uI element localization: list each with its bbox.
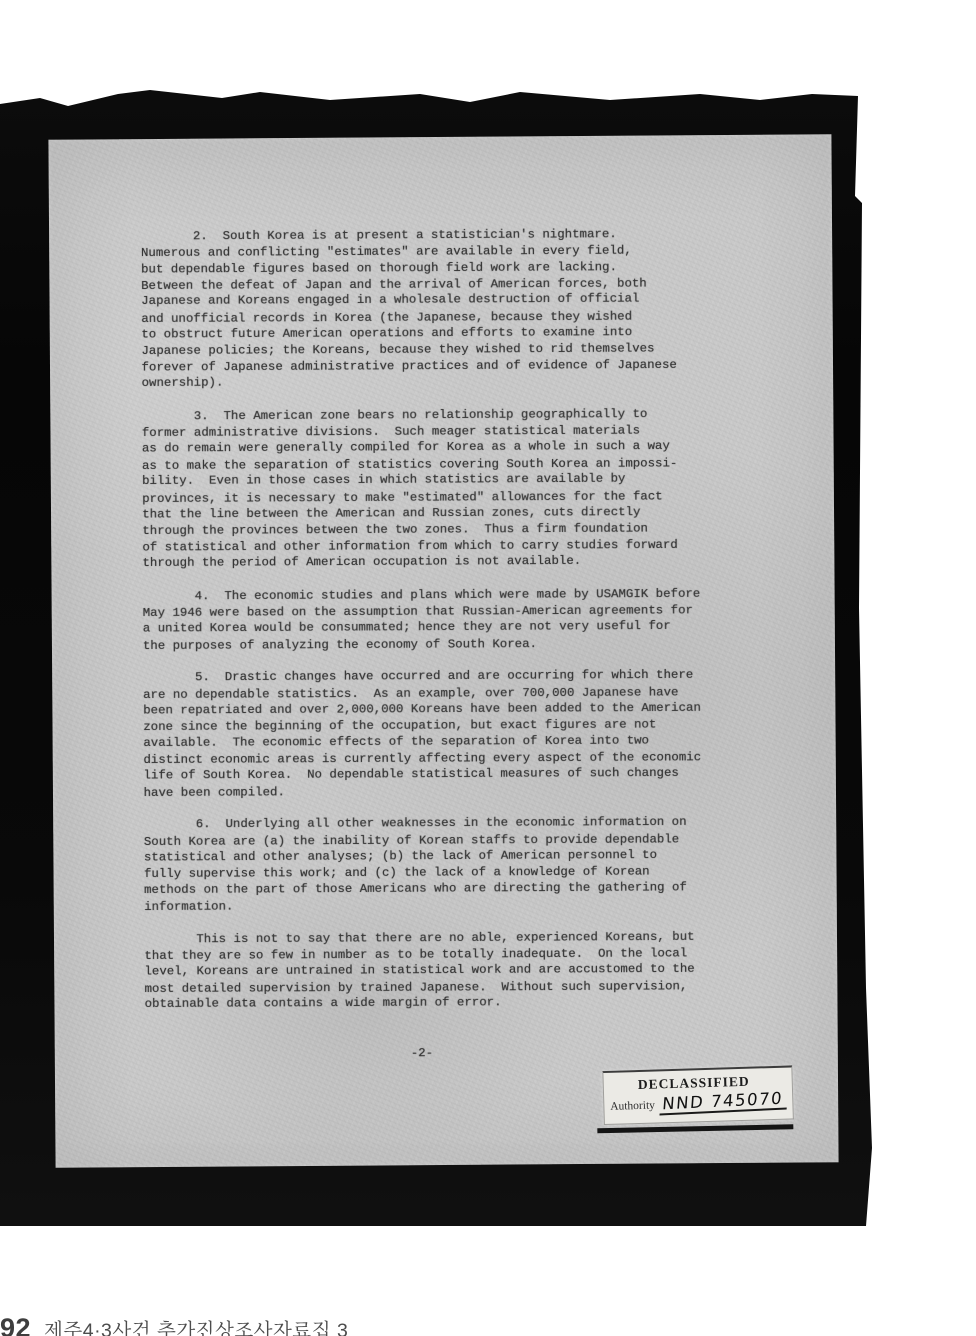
text-line: provinces, it is necessary to make "esti… bbox=[142, 488, 700, 507]
text-line: are no dependable statistics. As an exam… bbox=[143, 684, 701, 703]
paragraph: 6. Underlying all other weaknesses in th… bbox=[144, 814, 702, 915]
text-line: distinct economic areas is currently aff… bbox=[143, 749, 701, 768]
paragraph: This is not to say that there are no abl… bbox=[144, 929, 702, 1013]
scanned-page-view: 2. South Korea is at present a statistic… bbox=[0, 0, 976, 1336]
text-line: obtainable data contains a wide margin o… bbox=[145, 994, 703, 1013]
book-footer: 92 제주4·3사건 추가진상조사자료집 3 bbox=[0, 1315, 348, 1336]
text-line: through the provinces between the two zo… bbox=[142, 520, 700, 539]
document-page: 2. South Korea is at present a statistic… bbox=[48, 134, 838, 1167]
text-line: have been compiled. bbox=[144, 782, 702, 801]
document-body: 2. South Korea is at present a statistic… bbox=[141, 226, 702, 1013]
text-line: May 1946 were based on the assumption th… bbox=[143, 602, 701, 621]
stamp-authority-label: Authority bbox=[610, 1100, 655, 1113]
paragraph: 4. The economic studies and plans which … bbox=[143, 585, 701, 653]
text-line: ownership). bbox=[142, 373, 700, 392]
text-line: Japanese and Koreans engaged in a wholes… bbox=[141, 291, 699, 310]
text-line: available. The economic effects of the s… bbox=[143, 732, 701, 751]
stamp-shadow-line bbox=[597, 1124, 793, 1133]
text-line: through the period of American occupatio… bbox=[142, 552, 700, 571]
declassified-stamp: DECLASSIFIED Authority NND 745070 bbox=[602, 1065, 794, 1125]
text-line: former administrative divisions. Such me… bbox=[142, 422, 700, 441]
stamp-authority-row: Authority NND 745070 bbox=[604, 1089, 793, 1116]
text-line: the purposes of analyzing the economy of… bbox=[143, 635, 701, 654]
paragraph: 2. South Korea is at present a statistic… bbox=[141, 226, 699, 392]
paragraph: 3. The American zone bears no relationsh… bbox=[142, 406, 700, 572]
page-number: -2- bbox=[411, 1046, 433, 1060]
text-line: and unofficial records in Korea (the Jap… bbox=[141, 308, 699, 327]
text-line: South Korea are (a) the inability of Kor… bbox=[144, 831, 702, 850]
footer-book-title: 제주4·3사건 추가진상조사자료집 3 bbox=[44, 1322, 348, 1336]
stamp-authority-number: NND 745070 bbox=[659, 1088, 787, 1115]
footer-page-number: 92 bbox=[0, 1315, 31, 1336]
paragraph: 5. Drastic changes have occurred and are… bbox=[143, 667, 701, 800]
text-line: Numerous and conflicting "estimates" are… bbox=[141, 242, 699, 261]
text-line: that they are so few in number as to be … bbox=[144, 945, 702, 964]
text-line: bility. Even in those cases in which sta… bbox=[142, 471, 700, 490]
text-line: information. bbox=[144, 896, 702, 915]
text-line: Japanese policies; the Koreans, because … bbox=[141, 341, 699, 360]
text-line: methods on the part of those Americans w… bbox=[144, 879, 702, 898]
